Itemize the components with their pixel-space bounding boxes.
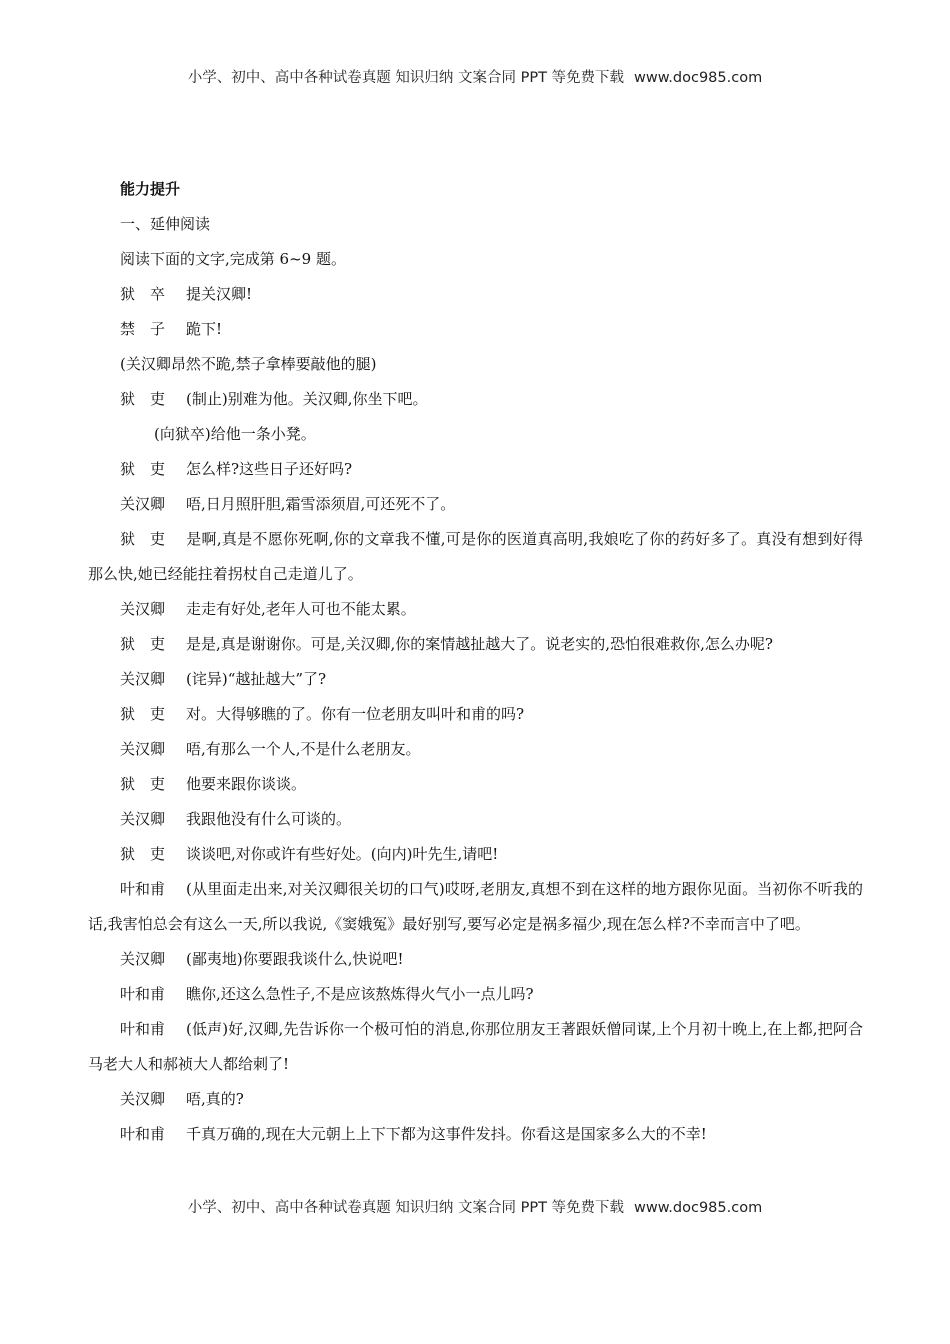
- dialogue-text: 提关汉卿!: [186, 285, 252, 303]
- dialogue-line: 狱 吏(制止)别难为他。关汉卿,你坐下吧。: [88, 382, 863, 417]
- dialogue-paragraph: 叶和甫(低声)好,汉卿,先告诉你一个极可怕的消息,你那位朋友王著跟妖僧同谋,上个…: [88, 1012, 863, 1082]
- dialogue-text: 唔,真的?: [186, 1090, 244, 1108]
- dialogue-text: 瞧你,还这么急性子,不是应该熬炼得火气小一点儿吗?: [186, 985, 534, 1003]
- footer-banner-text: 小学、初中、高中各种试卷真题 知识归纳 文案合同 PPT 等免费下载: [188, 1200, 624, 1216]
- dialogue-line: 禁 子跪下!: [88, 312, 863, 347]
- speaker-name: 禁 子: [120, 312, 186, 347]
- dialogue-line: 关汉卿唔,有那么一个人,不是什么老朋友。: [88, 732, 863, 767]
- speaker-name: 叶和甫: [120, 1012, 186, 1047]
- dialogue-text: 他要来跟你谈谈。: [186, 775, 306, 793]
- speaker-name: 狱 卒: [120, 277, 186, 312]
- speaker-name: 关汉卿: [120, 1082, 186, 1117]
- dialogue-paragraph: 狱 吏是啊,真是不愿你死啊,你的文章我不懂,可是你的医道真高明,我娘吃了你的药好…: [88, 522, 863, 592]
- dialogue-text: 对。大得够瞧的了。你有一位老朋友叫叶和甫的吗?: [186, 705, 524, 723]
- header-banner-text: 小学、初中、高中各种试卷真题 知识归纳 文案合同 PPT 等免费下载: [188, 70, 624, 86]
- stage-direction: (关汉卿昂然不跪,禁子拿棒要敲他的腿): [88, 347, 863, 382]
- speaker-name: 关汉卿: [120, 802, 186, 837]
- dialogue-continuation: (向狱卒)给他一条小凳。: [88, 417, 863, 452]
- speaker-name: 叶和甫: [120, 1117, 186, 1152]
- dialogue-line: 狱 吏他要来跟你谈谈。: [88, 767, 863, 802]
- footer-banner-url[interactable]: www.doc985.com: [634, 1200, 762, 1216]
- dialogue-text: (从里面走出来,对关汉卿很关切的口气)哎呀,老朋友,真想不到在这样的地方跟你见面…: [88, 880, 863, 933]
- header-banner-url[interactable]: www.doc985.com: [634, 70, 762, 86]
- dialogue-text: (低声)好,汉卿,先告诉你一个极可怕的消息,你那位朋友王著跟妖僧同谋,上个月初十…: [88, 1020, 863, 1073]
- dialogue-line: 关汉卿唔,真的?: [88, 1082, 863, 1117]
- dialogue-line: 关汉卿走走有好处,老年人可也不能太累。: [88, 592, 863, 627]
- dialogue-text: 跪下!: [186, 320, 222, 338]
- dialogue-text: 唔,日月照肝胆,霜雪添须眉,可还死不了。: [186, 495, 455, 513]
- dialogue-paragraph: 叶和甫(从里面走出来,对关汉卿很关切的口气)哎呀,老朋友,真想不到在这样的地方跟…: [88, 872, 863, 942]
- speaker-name: 关汉卿: [120, 592, 186, 627]
- dialogue-text: 千真万确的,现在大元朝上上下下都为这事件发抖。你看这是国家多么大的不幸!: [186, 1125, 707, 1143]
- dialogue-line: 狱 吏对。大得够瞧的了。你有一位老朋友叫叶和甫的吗?: [88, 697, 863, 732]
- dialogue-text: 是是,真是谢谢你。可是,关汉卿,你的案情越扯越大了。说老实的,恐怕很难救你,怎么…: [186, 635, 773, 653]
- dialogue-text: (诧异)“越扯越大”了?: [186, 670, 326, 688]
- dialogue-text: 谈谈吧,对你或许有些好处。(向内)叶先生,请吧!: [186, 845, 498, 863]
- speaker-name: 狱 吏: [120, 837, 186, 872]
- speaker-name: 狱 吏: [120, 697, 186, 732]
- footer-banner: 小学、初中、高中各种试卷真题 知识归纳 文案合同 PPT 等免费下载www.do…: [0, 1196, 950, 1217]
- dialogue-line: 关汉卿唔,日月照肝胆,霜雪添须眉,可还死不了。: [88, 487, 863, 522]
- instruction-text: 阅读下面的文字,完成第 6~9 题。: [88, 242, 863, 277]
- dialogue-text: (制止)别难为他。关汉卿,你坐下吧。: [186, 390, 427, 408]
- dialogue-line: 关汉卿我跟他没有什么可谈的。: [88, 802, 863, 837]
- dialogue-line: 叶和甫千真万确的,现在大元朝上上下下都为这事件发抖。你看这是国家多么大的不幸!: [88, 1117, 863, 1152]
- speaker-name: 狱 吏: [120, 382, 186, 417]
- dialogue-text: 是啊,真是不愿你死啊,你的文章我不懂,可是你的医道真高明,我娘吃了你的药好多了。…: [88, 530, 863, 583]
- speaker-name: 关汉卿: [120, 662, 186, 697]
- section-title: 能力提升: [88, 172, 863, 207]
- dialogue-text: 怎么样?这些日子还好吗?: [186, 460, 352, 478]
- dialogue-line: 叶和甫瞧你,还这么急性子,不是应该熬炼得火气小一点儿吗?: [88, 977, 863, 1012]
- speaker-name: 叶和甫: [120, 872, 186, 907]
- dialogue-line: 狱 吏谈谈吧,对你或许有些好处。(向内)叶先生,请吧!: [88, 837, 863, 872]
- speaker-name: 狱 吏: [120, 522, 186, 557]
- speaker-name: 狱 吏: [120, 452, 186, 487]
- dialogue-text: 唔,有那么一个人,不是什么老朋友。: [186, 740, 421, 758]
- speaker-name: 叶和甫: [120, 977, 186, 1012]
- speaker-name: 关汉卿: [120, 732, 186, 767]
- dialogue-text: (鄙夷地)你要跟我谈什么,快说吧!: [186, 950, 404, 968]
- speaker-name: 狱 吏: [120, 767, 186, 802]
- header-banner: 小学、初中、高中各种试卷真题 知识归纳 文案合同 PPT 等免费下载www.do…: [0, 66, 950, 87]
- document-body: 能力提升 一、延伸阅读 阅读下面的文字,完成第 6~9 题。 狱 卒提关汉卿! …: [88, 172, 863, 1152]
- speaker-name: 狱 吏: [120, 627, 186, 662]
- dialogue-line: 关汉卿(诧异)“越扯越大”了?: [88, 662, 863, 697]
- speaker-name: 关汉卿: [120, 487, 186, 522]
- dialogue-line: 关汉卿(鄙夷地)你要跟我谈什么,快说吧!: [88, 942, 863, 977]
- dialogue-text: 我跟他没有什么可谈的。: [186, 810, 351, 828]
- dialogue-line: 狱 吏是是,真是谢谢你。可是,关汉卿,你的案情越扯越大了。说老实的,恐怕很难救你…: [88, 627, 863, 662]
- subsection-title: 一、延伸阅读: [88, 207, 863, 242]
- dialogue-line: 狱 吏怎么样?这些日子还好吗?: [88, 452, 863, 487]
- dialogue-text: 走走有好处,老年人可也不能太累。: [186, 600, 416, 618]
- dialogue-line: 狱 卒提关汉卿!: [88, 277, 863, 312]
- speaker-name: 关汉卿: [120, 942, 186, 977]
